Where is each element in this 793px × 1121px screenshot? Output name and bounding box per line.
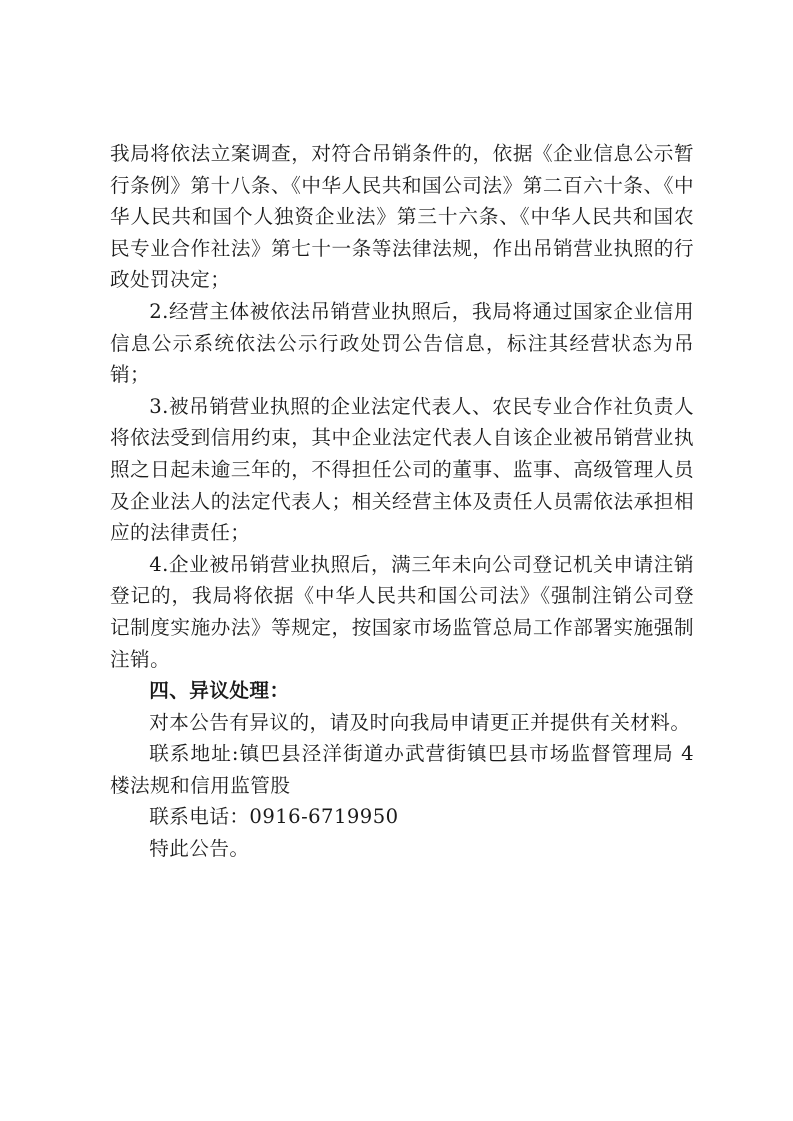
document-page: 我局将依法立案调查，对符合吊销条件的，依据《企业信息公示暂行条例》第十八条、《中… bbox=[0, 0, 793, 1121]
paragraph-item-2: 2.经营主体被依法吊销营业执照后，我局将通过国家企业信用信息公示系统依法公示行政… bbox=[110, 296, 694, 391]
paragraph-item-4: 4.企业被吊销营业执照后，满三年未向公司登记机关申请注销登记的，我局将依据《中华… bbox=[110, 549, 694, 675]
document-body: 我局将依法立案调查，对符合吊销条件的，依据《企业信息公示暂行条例》第十八条、《中… bbox=[110, 138, 694, 865]
contact-address: 联系地址:镇巴县泾洋街道办武营街镇巴县市场监督管理局 4 楼法规和信用监管股 bbox=[110, 738, 694, 801]
closing-statement: 特此公告。 bbox=[110, 833, 694, 865]
paragraph-item-3: 3.被吊销营业执照的企业法定代表人、农民专业合作社负责人将依法受到信用约束，其中… bbox=[110, 391, 694, 549]
contact-phone: 联系电话：0916-6719950 bbox=[110, 801, 694, 833]
objection-text: 对本公告有异议的，请及时向我局申请更正并提供有关材料。 bbox=[110, 707, 694, 739]
paragraph-legal-basis: 我局将依法立案调查，对符合吊销条件的，依据《企业信息公示暂行条例》第十八条、《中… bbox=[110, 138, 694, 296]
section-heading-objection: 四、异议处理： bbox=[110, 675, 694, 707]
